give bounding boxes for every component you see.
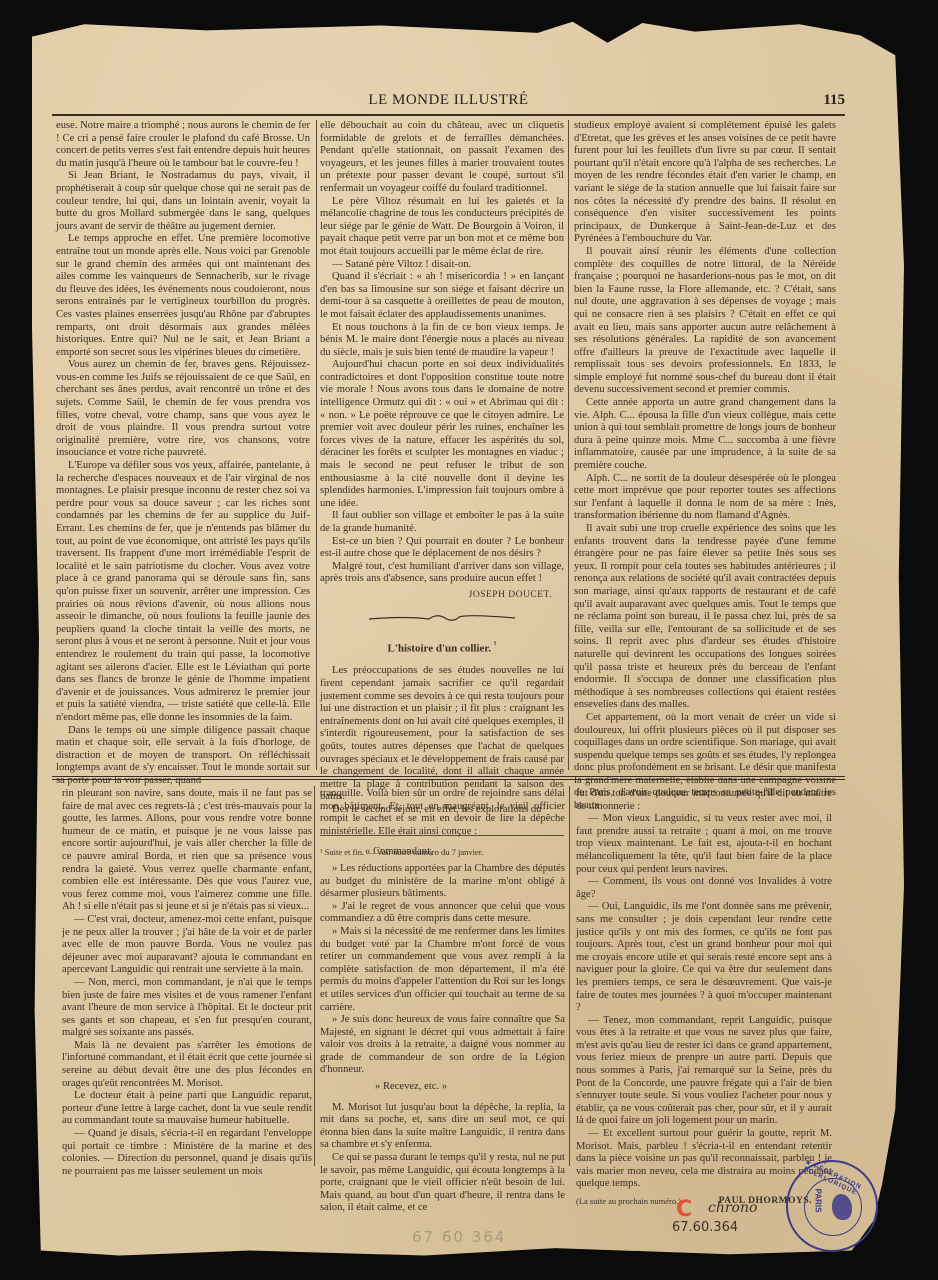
paragraph: — Oui, Languidic, ils me l'ont donnée sa… xyxy=(576,901,832,1014)
letter-salutation: « Commandant, xyxy=(320,846,565,859)
paragraph: Ce qui se passa durant le temps qu'il y … xyxy=(320,1152,565,1215)
paragraph: Si Jean Briant, le Nostradamus du pays, … xyxy=(56,170,310,233)
paragraph: Alph. C... ne sortit de la douleur déses… xyxy=(574,473,836,523)
paragraph: Aujourd'hui chacun porte en soi deux ind… xyxy=(320,359,564,510)
flourish-divider-icon xyxy=(320,612,564,629)
paragraph: elle débouchait au coin du château, avec… xyxy=(320,120,564,196)
stamp-center-text: PARIS xyxy=(813,1189,822,1213)
paragraph: Malgré tout, c'est humiliant d'arriver d… xyxy=(320,561,564,586)
letter-closing: » Recevez, etc. » xyxy=(320,1081,565,1094)
column-divider xyxy=(569,786,570,1166)
paragraph: M. Morisot lut jusqu'au bout la dépêche,… xyxy=(320,1102,565,1152)
paragraph: euse. Notre maire a triomphé ; nous auro… xyxy=(56,120,310,170)
paragraph: L'Europe va défiler sous vos yeux, affai… xyxy=(56,460,310,724)
letter-paragraph: » Les réductions apportées par la Chambr… xyxy=(320,863,565,901)
paragraph: Cette année apporta un autre grand chang… xyxy=(574,397,836,473)
paragraph: tranquille. Voilà bien sûr un ordre de r… xyxy=(320,788,565,838)
paragraph: fut d'un ton d'une douceur inaccoutumée … xyxy=(576,788,832,813)
paragraph: — Non, merci, mon commandant, je n'ai qu… xyxy=(62,977,312,1040)
paragraph: Et nous touchons à la fin de ce bon vieu… xyxy=(320,322,564,360)
paragraph: — Satané père Viltoz ! disait-on. xyxy=(320,259,564,272)
paragraph: — C'est vrai, docteur, amenez-moi cette … xyxy=(62,914,312,977)
paragraph: Vous aurez un chemin de fer, braves gens… xyxy=(56,359,310,460)
lower-column-3: fut d'un ton d'une douceur inaccoutumée … xyxy=(576,788,832,1208)
letter-paragraph: » Mais si la nécessité de me renfermer d… xyxy=(320,926,565,1014)
to-be-continued: (La suite au prochain numéro.) xyxy=(576,1195,681,1208)
paragraph: — Mon vieux Languidic, si tu veux rester… xyxy=(576,813,832,876)
paragraph: — Quand je disais, s'écria-t-il en regar… xyxy=(62,1128,312,1178)
paragraph: rin pleurant son navire, sans doute, mai… xyxy=(62,788,312,914)
letter-paragraph: » Je suis donc heureux de vous faire con… xyxy=(320,1014,565,1077)
paragraph: Est-ce un bien ? Qui pourrait en douter … xyxy=(320,536,564,561)
upper-column-1: euse. Notre maire a triomphé ; nous auro… xyxy=(56,120,310,787)
section-rule xyxy=(52,779,845,780)
column-divider xyxy=(314,786,315,1166)
paragraph: Mais là ne devaient pas s'arrêter les ém… xyxy=(62,1040,312,1090)
publication-title: LE MONDE ILLUSTRÉ xyxy=(52,92,845,109)
header-rule xyxy=(52,114,845,116)
red-mark: C xyxy=(676,1197,692,1222)
pencil-catalog-number: 67 60 364 xyxy=(412,1228,506,1246)
paragraph: Le docteur était à peine parti que Langu… xyxy=(62,1090,312,1128)
column-divider xyxy=(568,120,569,770)
paragraph: Le père Viltoz résumait en lui les gaiet… xyxy=(320,196,564,259)
paragraph: Quand il s'écriait : « ah ! misericordia… xyxy=(320,271,564,321)
letter-paragraph: » J'ai le regret de vous annoncer que ce… xyxy=(320,901,565,926)
section-rule xyxy=(52,776,845,777)
paragraph: Les préoccupations de ses études nouvell… xyxy=(320,665,564,804)
page-header: LE MONDE ILLUSTRÉ 115 xyxy=(52,92,845,114)
stamp-emblem-icon xyxy=(832,1194,852,1220)
article-title: L'histoire d'un collier. ¹ xyxy=(320,638,564,655)
lower-column-2: tranquille. Voilà bien sûr un ordre de r… xyxy=(320,788,565,1215)
paragraph: Il avait subi une trop cruelle expérienc… xyxy=(574,523,836,712)
author-signature: JOSEPH DOUCET. xyxy=(320,589,564,602)
paragraph: studieux employé avaient si complétement… xyxy=(574,120,836,246)
paragraph: Le temps approche en effet. Une première… xyxy=(56,233,310,359)
paragraph: — Comment, ils vous ont donné vos Invali… xyxy=(576,876,832,901)
handwritten-note: chrono xyxy=(708,1200,757,1216)
paragraph: Il faut oublier son village et emboîter … xyxy=(320,510,564,535)
federation-stamp: ★ FÉDÉRATION FOLKLORIQUE PARIS xyxy=(786,1160,878,1252)
lower-column-1: rin pleurant son navire, sans doute, mai… xyxy=(62,788,312,1178)
upper-column-2: elle débouchait au coin du château, avec… xyxy=(320,120,564,858)
paragraph: Il pouvait ainsi réunir les éléments d'u… xyxy=(574,246,836,397)
upper-column-3: studieux employé avaient si complétement… xyxy=(574,120,836,813)
paragraph: — Tenez, mon commandant, reprit Languidi… xyxy=(576,1015,832,1128)
page-number: 115 xyxy=(823,92,845,109)
ink-catalog-number: 67.60.364 xyxy=(672,1220,738,1235)
footnote-marker: ¹ xyxy=(494,639,497,649)
article-title-text: L'histoire d'un collier. xyxy=(387,643,491,655)
column-divider xyxy=(316,120,317,770)
